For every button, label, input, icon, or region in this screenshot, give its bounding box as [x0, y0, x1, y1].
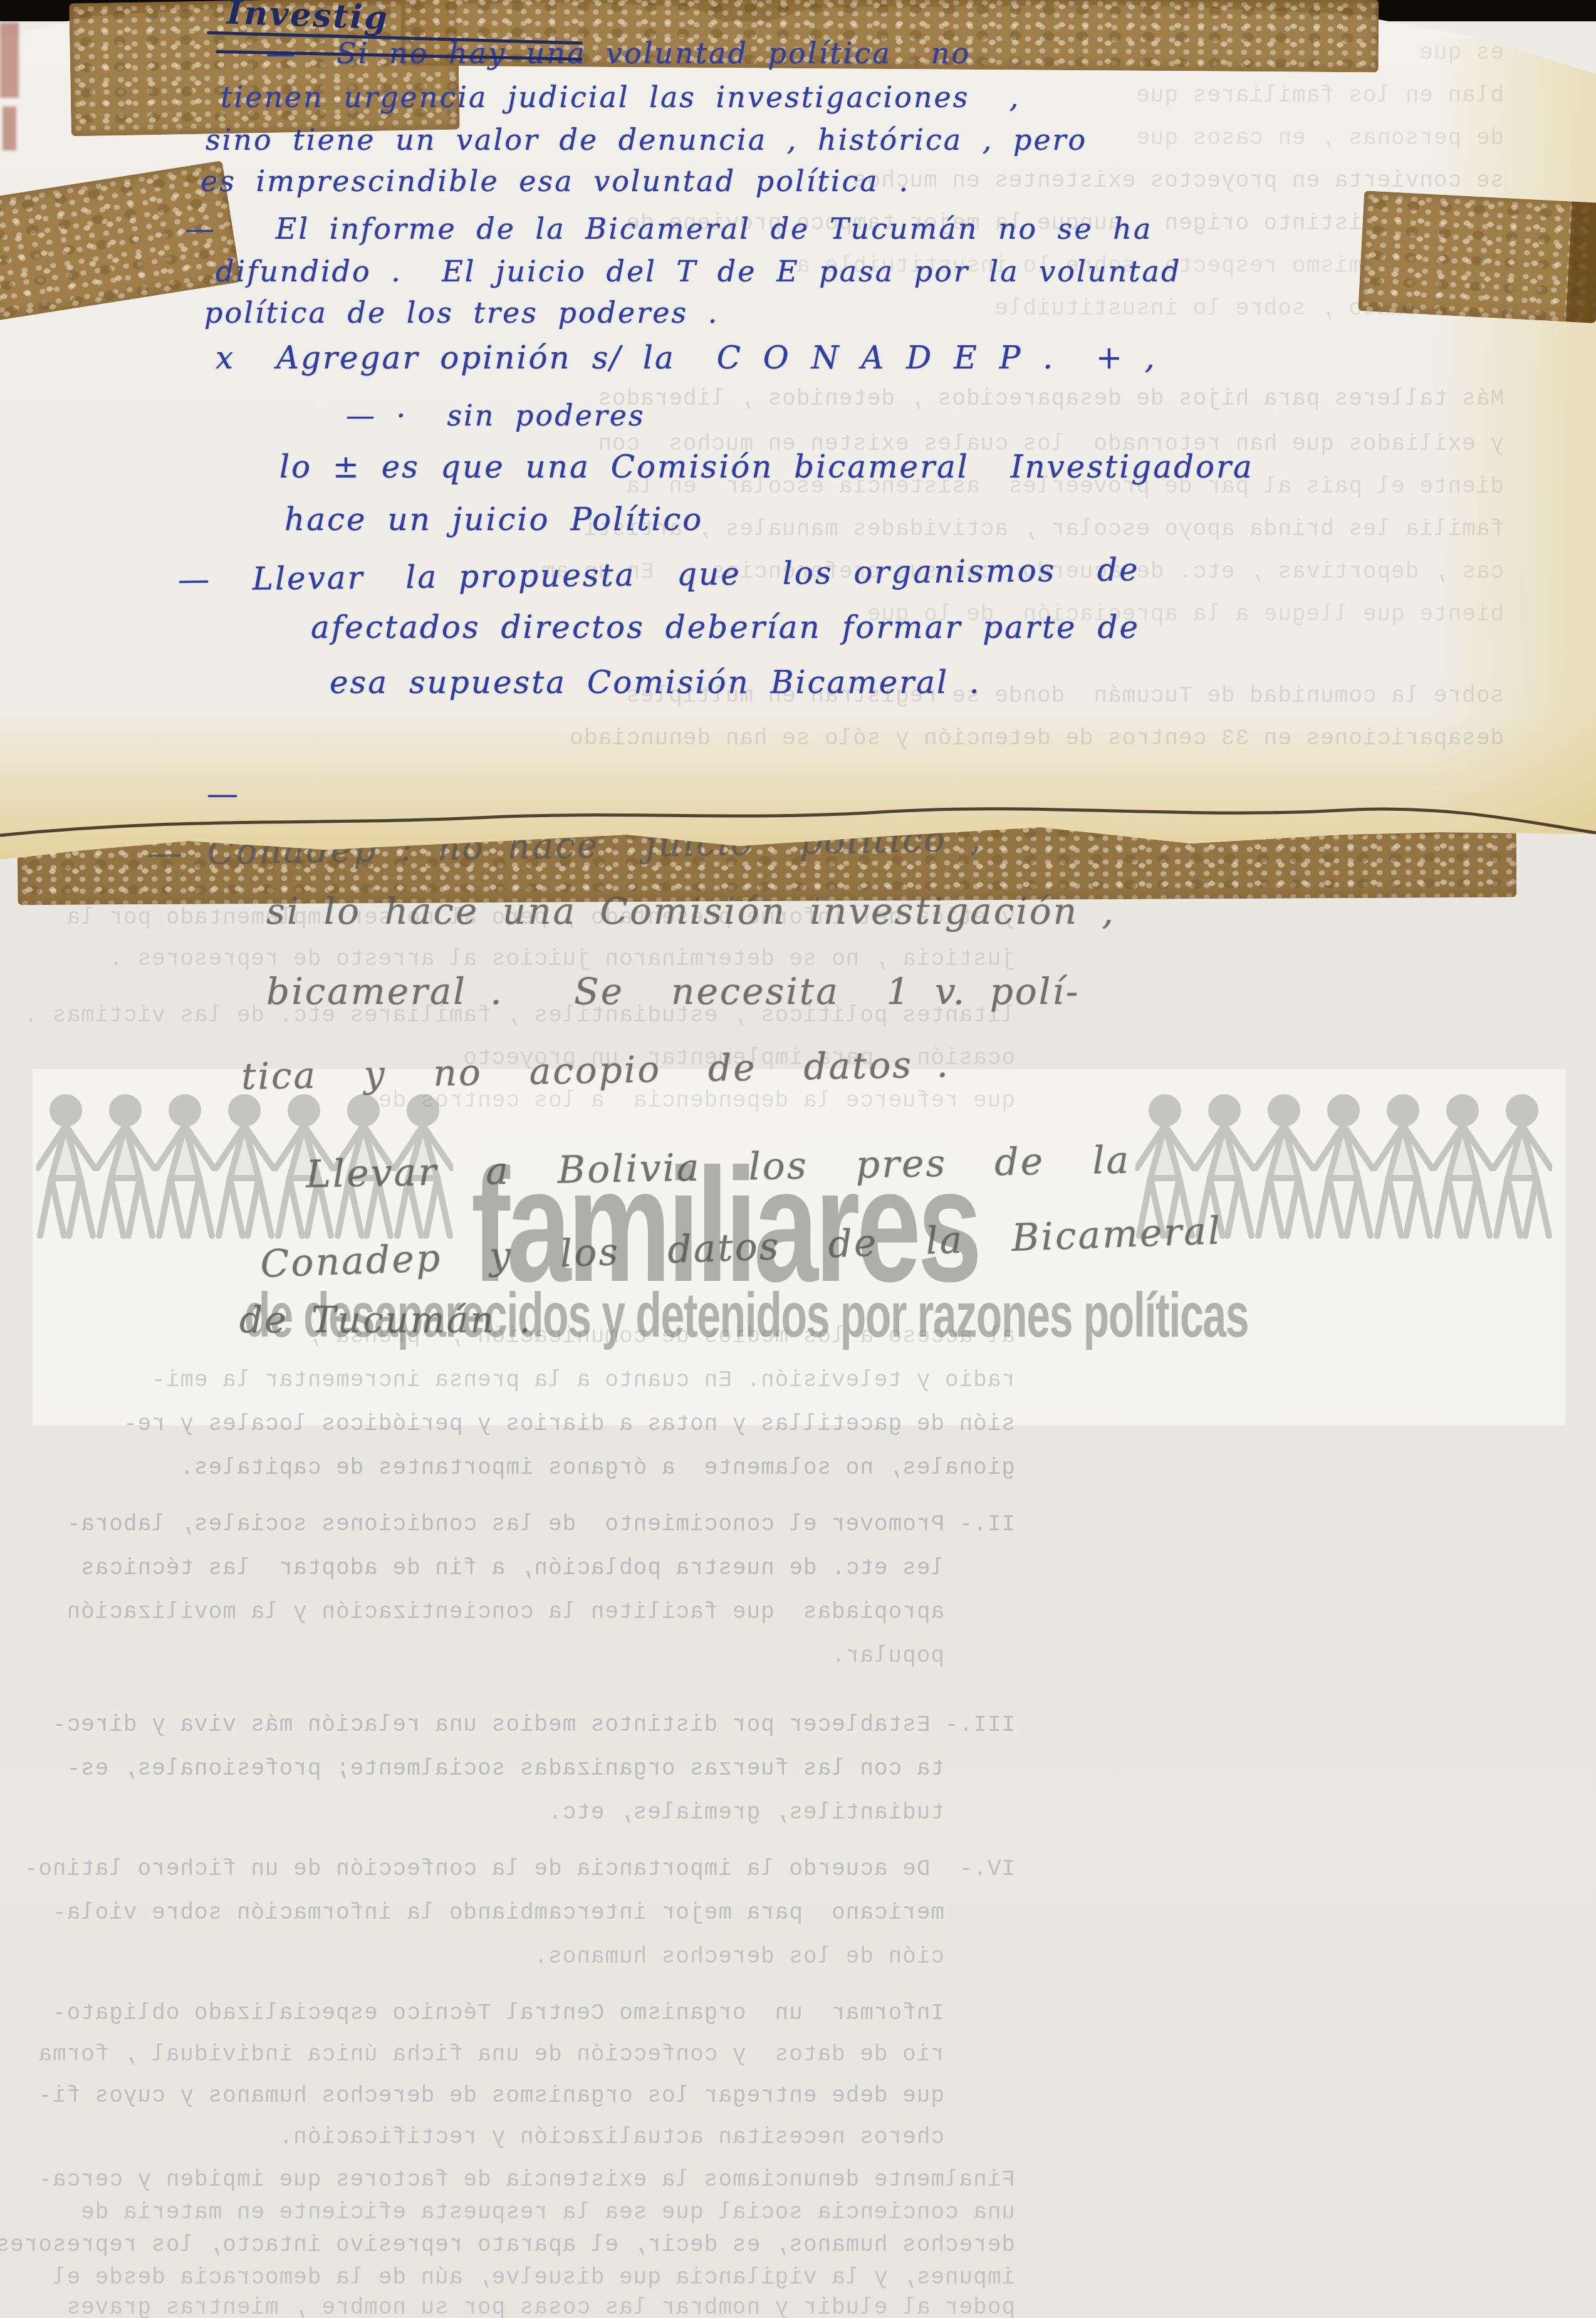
title-underline: [216, 50, 583, 61]
scanned-document-page: familiares de desaparecidos y detenidos …: [0, 0, 1596, 2318]
title-layer: Investig: [0, 0, 1596, 2318]
page-title-fragment: Investig: [226, 0, 390, 37]
title-underline: [207, 31, 583, 45]
